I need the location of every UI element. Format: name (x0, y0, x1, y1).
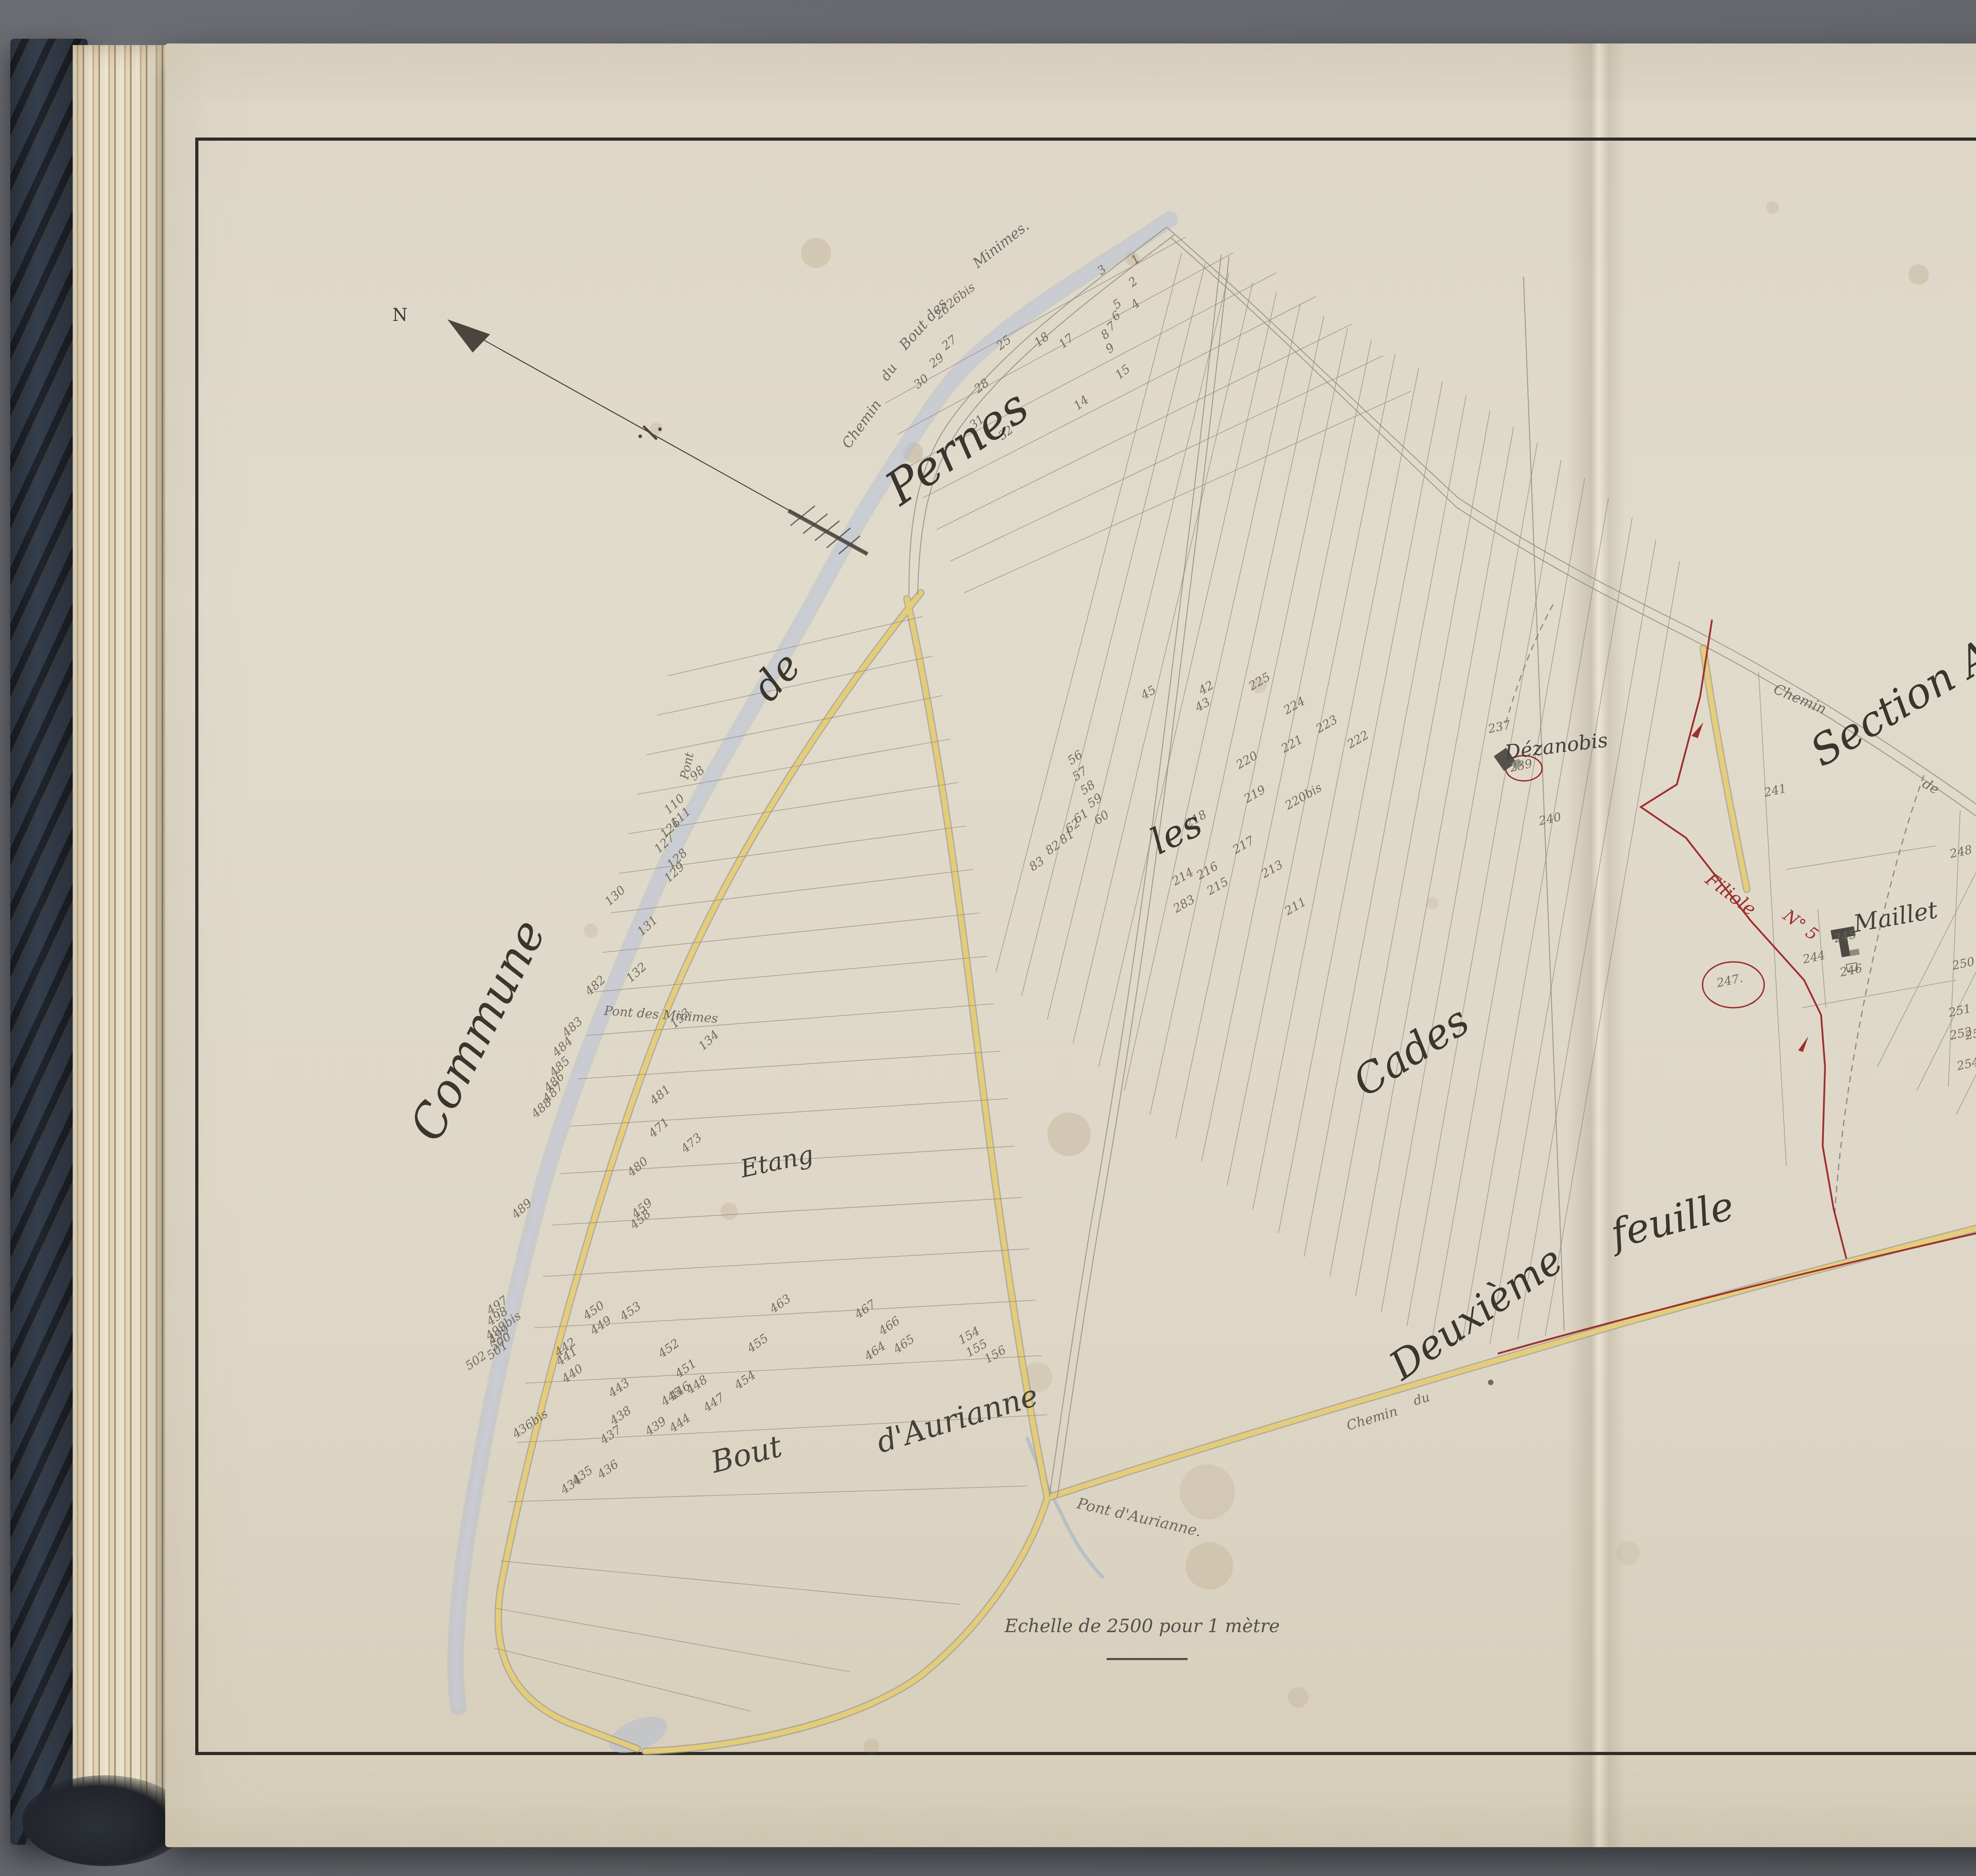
map-label: Dézanobis (1503, 728, 1609, 764)
parcel-number: 465 (890, 1332, 917, 1356)
parcel-number: 223 (1313, 713, 1340, 736)
parcel-number: 250 (1950, 955, 1976, 973)
parcel-number: 30 (911, 371, 931, 392)
parcel-number: 453 (617, 1299, 644, 1324)
parcel-number: 17 (1056, 331, 1077, 351)
map-label: Cades (1344, 996, 1478, 1106)
scale-note: Echelle de 2500 pour 1 mètre (1004, 1615, 1280, 1659)
north-label: N (392, 305, 408, 325)
parcel-number: 241 (1762, 782, 1787, 800)
cadastral-map: N SECTION C. DITE DES CADES 1e Feuille. … (0, 0, 1976, 1876)
filiole-no5 (1641, 620, 1846, 1259)
parcel-number: 219 (1241, 782, 1268, 806)
parcel-number: 248 (1948, 843, 1973, 861)
parcel-number: 221 (1278, 732, 1305, 756)
parcel-strips-guillaume (1759, 672, 1976, 1265)
map-label: du (877, 360, 900, 384)
map-label: N° 5 (1779, 905, 1822, 945)
photo-table: N SECTION C. DITE DES CADES 1e Feuille. … (0, 0, 1976, 1876)
parcel-number: 254 (1955, 1055, 1976, 1073)
parcel-number: 130 (602, 883, 628, 909)
parcel-number: 15 (1112, 362, 1133, 382)
parcel-number: 83 (1027, 854, 1047, 874)
parcel-number: 481 (647, 1082, 673, 1108)
parcel-number: 213 (1259, 858, 1286, 881)
road-casings (909, 227, 1976, 1498)
parcel-number: 45 (1138, 683, 1158, 703)
parcel-number: 283 (1171, 892, 1197, 916)
parcel-number: 483 (559, 1014, 586, 1040)
parcel-number: 444 (666, 1411, 693, 1435)
parcel-number: 9 (1103, 341, 1118, 356)
map-label: Minimes. (969, 218, 1032, 272)
parcel-number: 473 (678, 1131, 705, 1156)
parcel-number: 211 (1282, 895, 1309, 918)
map-label: Chemin (1344, 1403, 1399, 1434)
parcel-number: 443 (605, 1376, 632, 1400)
parcel-number: 220 (1233, 749, 1260, 772)
north-arrowhead (447, 319, 490, 353)
map-label: d'Aurianne (872, 1377, 1042, 1460)
parcel-number: 464 (862, 1339, 888, 1363)
parcel-number: 436bis (509, 1407, 551, 1441)
parcel-number: 244 (1801, 948, 1826, 967)
map-label: du (1412, 1389, 1431, 1408)
parcel-number: 251 (1947, 1002, 1972, 1020)
parcel-number: 467 (852, 1297, 879, 1322)
map-label: Etang (737, 1140, 816, 1183)
north-arrow: N (392, 305, 867, 554)
parcel-number: 247. (1715, 971, 1744, 990)
parcel-number: 222 (1344, 728, 1371, 751)
parcel-number: 471 (646, 1115, 672, 1141)
parcel-number: 447 (700, 1390, 728, 1415)
parcel-number: 217 (1230, 833, 1257, 857)
parcel-number: 4 (1128, 296, 1143, 312)
parcel-number: 214 (1169, 865, 1196, 888)
parcel-number: 438 (607, 1403, 634, 1428)
parcel-number: 2 (1126, 274, 1140, 290)
river (456, 219, 1170, 1760)
parcel-number: 436 (594, 1457, 621, 1482)
map-label: Maillet (1851, 896, 1940, 938)
parcel-number: 246 (1838, 962, 1863, 980)
parcel-number: 29 (926, 351, 947, 371)
parcel-numbers-layer: 132546789151718251426bis2627293028313242… (463, 252, 1976, 1497)
parcel-number: 14 (1071, 393, 1092, 413)
parcel-number: 452 (655, 1336, 682, 1361)
map-label: feuille (1604, 1182, 1738, 1258)
map-label: Chemin (1771, 681, 1829, 718)
parcel-number: 240 (1537, 810, 1562, 828)
parcel-number: 480 (624, 1154, 651, 1180)
map-label: Filiole (1701, 868, 1760, 920)
parcel-number: 437 (597, 1423, 624, 1448)
scale-text: Echelle de 2500 pour 1 mètre (1004, 1615, 1280, 1637)
parcel-number: 134 (696, 1028, 722, 1053)
map-label: Bout (707, 1428, 786, 1480)
parcel-number: 455 (744, 1331, 771, 1356)
parcel-number: 237 (1486, 718, 1512, 736)
paper-stains (584, 201, 1976, 1755)
parcel-number: 27 (939, 332, 960, 353)
parcel-number: 463 (767, 1292, 794, 1316)
parcel-number: 5 (1110, 296, 1125, 312)
map-label: Chemin (839, 397, 885, 451)
parcel-number: 466 (876, 1314, 903, 1338)
parcel-number: 43 (1192, 695, 1212, 715)
